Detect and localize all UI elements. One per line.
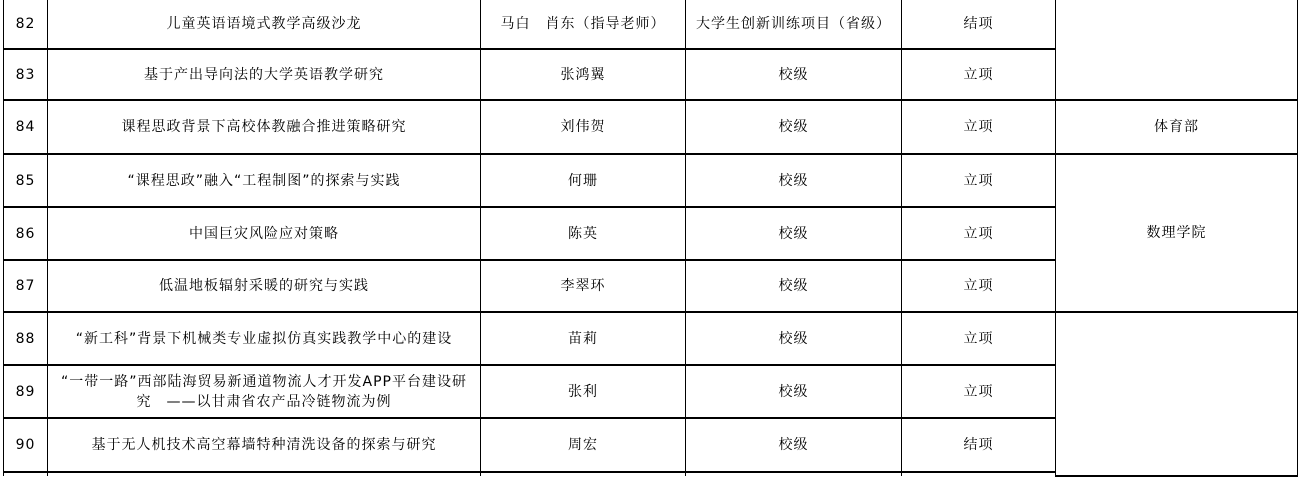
cell-level: 校级 xyxy=(686,312,902,365)
cell-title: 课程思政背景下高校体教融合推进策略研究 xyxy=(48,100,481,154)
cell-seq: 83 xyxy=(4,49,48,100)
cell-seq: 89 xyxy=(4,365,48,418)
cell-title: 低温地板辐射采暖的研究与实践 xyxy=(48,260,481,312)
cell-partial xyxy=(481,472,686,476)
cell-status: 立项 xyxy=(902,154,1056,207)
cell-status: 立项 xyxy=(902,365,1056,418)
cell-status: 立项 xyxy=(902,207,1056,260)
cell-members: 苗莉 xyxy=(481,312,686,365)
cell-partial xyxy=(686,472,902,476)
cell-seq: 84 xyxy=(4,100,48,154)
cell-title: “新工科”背景下机械类专业虚拟仿真实践教学中心的建设 xyxy=(48,312,481,365)
cell-members: 刘伟贺 xyxy=(481,100,686,154)
cell-status: 结项 xyxy=(902,418,1056,472)
cell-partial xyxy=(4,472,48,476)
cell-status: 立项 xyxy=(902,100,1056,154)
table-row: 84 课程思政背景下高校体教融合推进策略研究 刘伟贺 校级 立项 体育部 xyxy=(4,100,1298,154)
cell-department-merged xyxy=(1056,312,1298,476)
cell-partial xyxy=(902,472,1056,476)
cell-status: 结项 xyxy=(902,0,1056,49)
cell-status: 立项 xyxy=(902,260,1056,312)
cell-seq: 85 xyxy=(4,154,48,207)
table-row: 85 “课程思政”融入“工程制图”的探索与实践 何珊 校级 立项 数理学院 xyxy=(4,154,1298,207)
cell-members: 马白 肖东（指导老师） xyxy=(481,0,686,49)
table-row: 82 儿童英语语境式教学高级沙龙 马白 肖东（指导老师） 大学生创新训练项目（省… xyxy=(4,0,1298,49)
cell-title: 基于产出导向法的大学英语教学研究 xyxy=(48,49,481,100)
cell-title: “课程思政”融入“工程制图”的探索与实践 xyxy=(48,154,481,207)
cell-level: 校级 xyxy=(686,207,902,260)
cell-level: 校级 xyxy=(686,49,902,100)
cell-members: 张利 xyxy=(481,365,686,418)
cell-seq: 87 xyxy=(4,260,48,312)
cell-level: 校级 xyxy=(686,365,902,418)
cell-department-merged xyxy=(1056,0,1298,100)
cell-members: 周宏 xyxy=(481,418,686,472)
cell-level: 校级 xyxy=(686,260,902,312)
cell-title: 基于无人机技术高空幕墙特种清洗设备的探索与研究 xyxy=(48,418,481,472)
cell-members: 何珊 xyxy=(481,154,686,207)
cell-title: 中国巨灾风险应对策略 xyxy=(48,207,481,260)
cell-status: 立项 xyxy=(902,49,1056,100)
cell-members: 李翠环 xyxy=(481,260,686,312)
cell-members: 张鸿翼 xyxy=(481,49,686,100)
projects-table: 82 儿童英语语境式教学高级沙龙 马白 肖东（指导老师） 大学生创新训练项目（省… xyxy=(3,0,1298,476)
cell-level: 大学生创新训练项目（省级） xyxy=(686,0,902,49)
cell-level: 校级 xyxy=(686,418,902,472)
table-row: 88 “新工科”背景下机械类专业虚拟仿真实践教学中心的建设 苗莉 校级 立项 xyxy=(4,312,1298,365)
cell-department-merged: 数理学院 xyxy=(1056,154,1298,312)
cell-title: 儿童英语语境式教学高级沙龙 xyxy=(48,0,481,49)
cell-level: 校级 xyxy=(686,154,902,207)
cell-partial xyxy=(48,472,481,476)
cell-title: “一带一路”西部陆海贸易新通道物流人才开发APP平台建设研究 ——以甘肃省农产品… xyxy=(48,365,481,418)
cell-seq: 86 xyxy=(4,207,48,260)
spreadsheet-grid: 82 儿童英语语境式教学高级沙龙 马白 肖东（指导老师） 大学生创新训练项目（省… xyxy=(3,0,1298,476)
cell-members: 陈英 xyxy=(481,207,686,260)
cell-level: 校级 xyxy=(686,100,902,154)
cell-department: 体育部 xyxy=(1056,100,1298,154)
cell-seq: 90 xyxy=(4,418,48,472)
cell-seq: 82 xyxy=(4,0,48,49)
cell-seq: 88 xyxy=(4,312,48,365)
cell-status: 立项 xyxy=(902,312,1056,365)
